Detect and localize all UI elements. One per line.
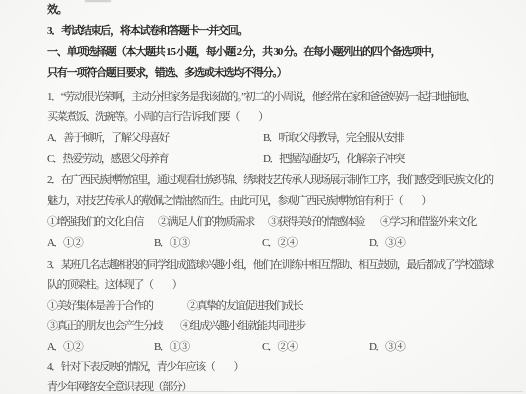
q1-stem-line1: 1．“劳动很光荣啊，主动分担家务是我该做的。”初二的小周说，他经常在家和爸爸妈妈… [47, 90, 507, 105]
q2-option-c: C．②④ [262, 236, 369, 251]
q3-option-c: C．②④ [262, 340, 369, 355]
exam-paper-page: 效。 3．考试结束后，将本试卷和答题卡一并交回。 一、单项选择题（本大题共 15… [0, 0, 526, 394]
leftover-line: 效。 [47, 3, 507, 18]
q2-item-1: ①增强我们的文化自信 [47, 215, 158, 230]
section-title-line1: 一、单项选择题（本大题共 15 小题，每小题 2 分，共 30 分。在每小题列出… [47, 45, 507, 60]
section-title-line2: 只有一项符合题目要求，错选、多选或未选均不得分。） [47, 66, 507, 81]
q1-option-b: B．听取父母教导，完全服从安排 [263, 131, 403, 146]
q2-option-d: D．③④ [369, 236, 404, 251]
instruction-3: 3．考试结束后，将本试卷和答题卡一并交回。 [47, 24, 507, 39]
q3-option-b: B．①③ [154, 340, 262, 355]
q3-options-row: A．①② B．①③ C．②④ D．③④ [47, 340, 507, 355]
q1-options-row-cd: C．热爱劳动，感恩父母养育 D．把握沟通技巧，化解亲子冲突 [47, 152, 507, 167]
q3-item-4: ④组成兴趣小组就能共同进步 [180, 319, 305, 334]
q3-stem-line1: 3．某班几名志趣相投的同学组成篮球兴趣小组，他们在训练中相互帮助、相互鼓励，最后… [47, 258, 507, 273]
q3-option-a: A．①② [47, 340, 154, 355]
q3-option-d: D．③④ [369, 340, 404, 355]
table-top-border [145, 391, 523, 392]
q2-items-row: ①增强我们的文化自信 ②满足人们的物质需求 ③获得美好的情感体验 ④学习和借鉴外… [47, 215, 507, 230]
q1-option-a: A．善于倾听，了解父母喜好 [47, 131, 263, 146]
q2-stem-line1: 2．在广西民族博物馆里，通过观看壮族织锦、绣球技艺传承人现场展示制作工序，我们感… [47, 173, 507, 188]
q1-options-row-ab: A．善于倾听，了解父母喜好 B．听取父母教导，完全服从安排 [47, 131, 507, 146]
q2-item-4: ④学习和借鉴外来文化 [380, 215, 476, 230]
q3-items-row-1: ①美好集体是善于合作的 ②真挚的友谊促进我们成长 [47, 299, 507, 314]
q2-options-row: A．①② B．①③ C．②④ D．③④ [47, 236, 507, 251]
q3-items-row-2: ③真正的朋友也会产生分歧 ④组成兴趣小组就能共同进步 [47, 319, 507, 334]
q3-item-1: ①美好集体是善于合作的 [47, 299, 187, 314]
q2-item-2: ②满足人们的物质需求 [158, 215, 268, 230]
q2-option-b: B．①③ [154, 236, 262, 251]
q1-option-d: D．把握沟通技巧，化解亲子冲突 [263, 152, 404, 167]
q3-item-2: ②真挚的友谊促进我们成长 [187, 299, 302, 314]
q2-option-a: A．①② [47, 236, 154, 251]
q3-item-3: ③真正的朋友也会产生分歧 [47, 319, 180, 334]
q2-item-3: ③获得美好的情感体验 [268, 215, 380, 230]
q2-stem-line2: 魅力，对技艺传承人的敬佩之情油然而生。由此可见，参观广西民族博物馆有利于（ ） [47, 194, 507, 209]
q3-stem-line2: 队的顶梁柱。这体现了（ ） [47, 278, 507, 293]
q4-stem-line1: 4．针对下表反映的情况，青少年应该（ ） [47, 360, 507, 375]
q1-option-c: C．热爱劳动，感恩父母养育 [47, 152, 263, 167]
exam-document: 效。 3．考试结束后，将本试卷和答题卡一并交回。 一、单项选择题（本大题共 15… [0, 0, 526, 394]
q1-stem-line2: 买菜煮饭、洗碗等。小周的言行告诉我们要（ ） [47, 110, 507, 125]
